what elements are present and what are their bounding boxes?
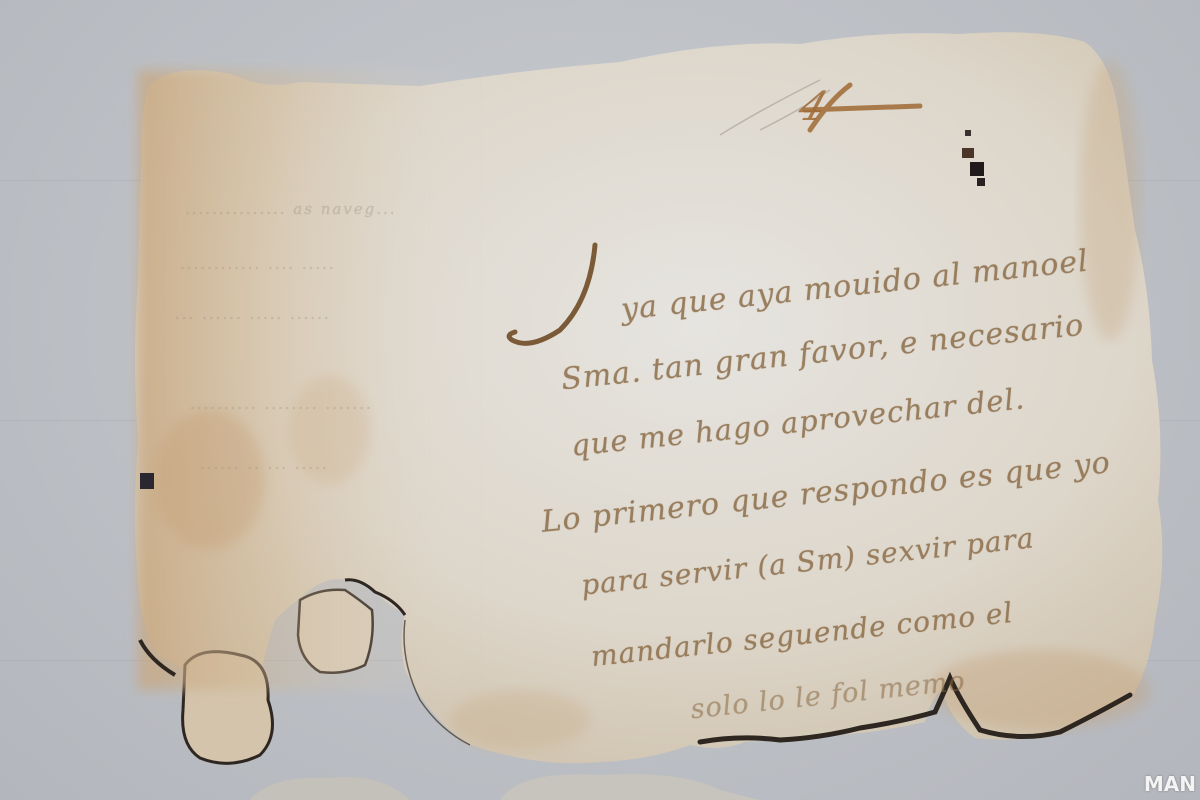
faded-text-line: ... ...... ..... ...... bbox=[175, 305, 331, 323]
faded-text-line: ...... .. ... ..... bbox=[200, 455, 329, 473]
faded-text-line: ............ .... ..... bbox=[180, 255, 336, 273]
faded-text-line: ............... as naveg... bbox=[185, 200, 397, 218]
faded-text-line: .......... ........ ....... bbox=[190, 395, 373, 413]
source-watermark: MAN bbox=[1144, 772, 1196, 796]
ink-blot bbox=[140, 473, 154, 489]
